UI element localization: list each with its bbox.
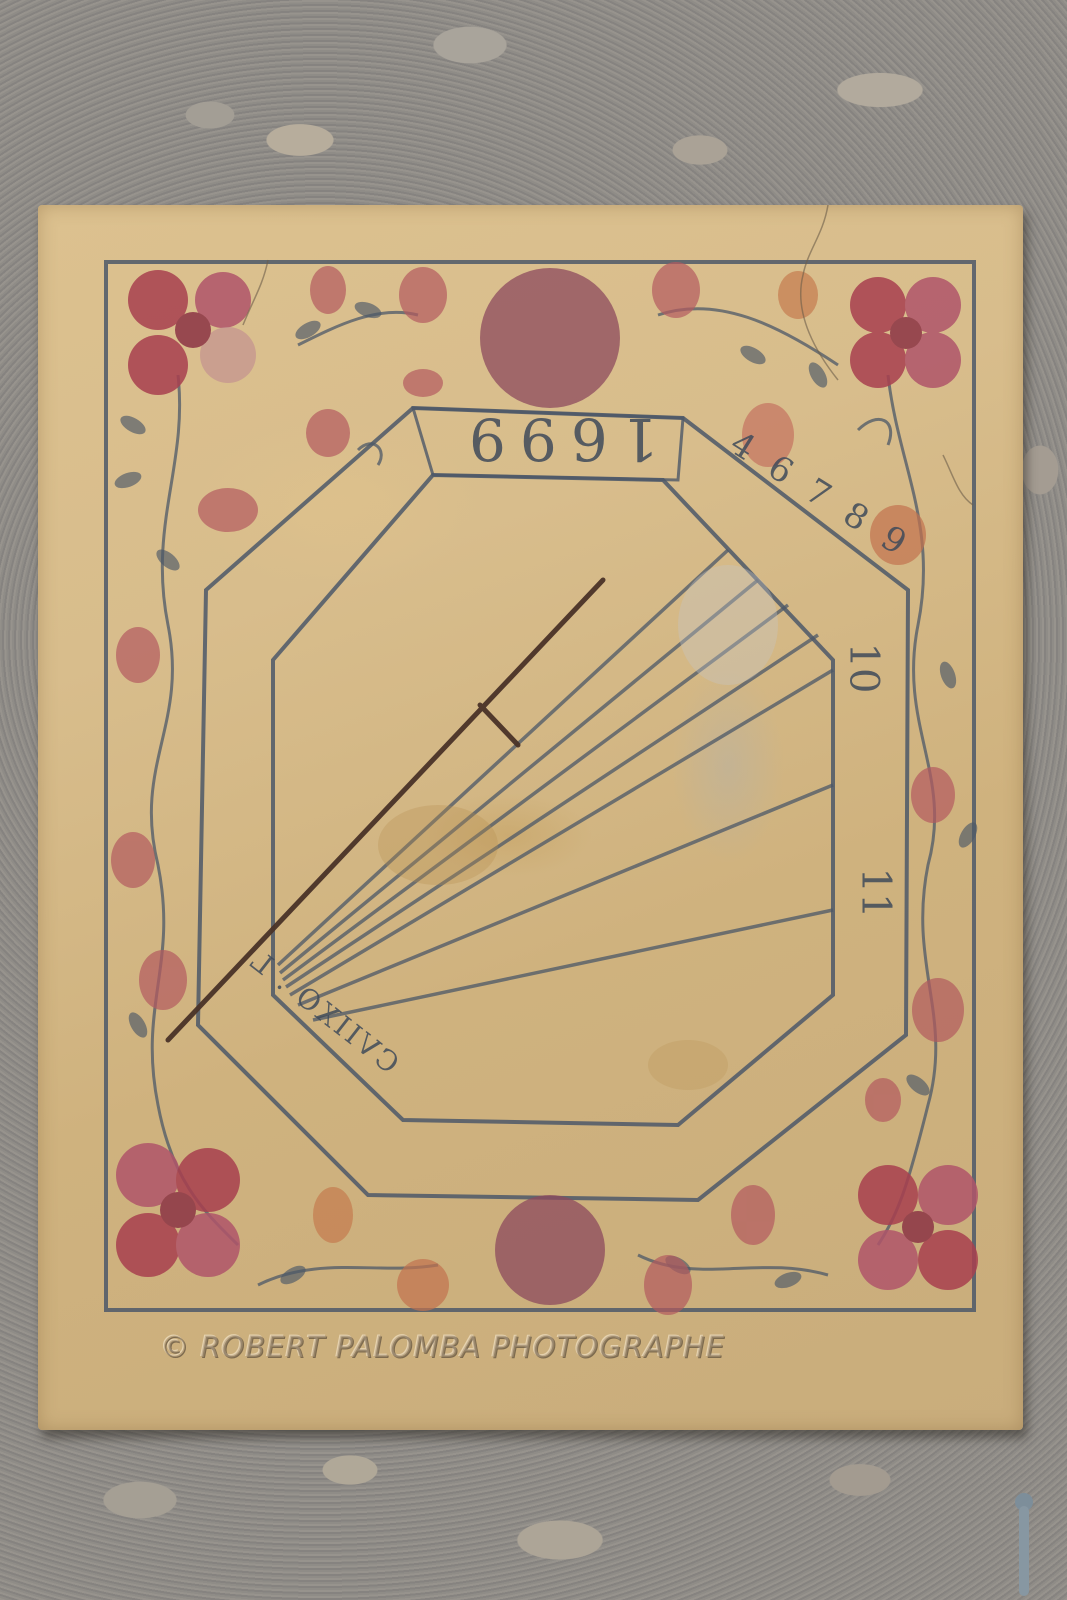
wall-hook-icon bbox=[1010, 1490, 1038, 1600]
hour-numeral-10: 10 bbox=[840, 643, 886, 694]
medallion-top bbox=[480, 268, 620, 408]
stain bbox=[378, 805, 498, 885]
sundial-panel: 1699 4 6 7 8 9 10 11 CVIIXO . L bbox=[38, 205, 1023, 1430]
copyright-watermark: © ROBERT PALOMBA PHOTOGRAPHE bbox=[160, 1330, 920, 1364]
flower-bottom-left bbox=[116, 1143, 240, 1277]
hour-numeral-11: 11 bbox=[852, 868, 898, 919]
year-numerals: 1699 bbox=[455, 405, 659, 473]
flower-top-left bbox=[128, 270, 256, 395]
flower-bottom-right bbox=[858, 1165, 978, 1290]
stain bbox=[648, 1040, 728, 1090]
outer-octagon bbox=[198, 408, 908, 1200]
plaster-patch bbox=[678, 565, 778, 685]
medallion-bottom bbox=[495, 1195, 605, 1305]
flower-top-right bbox=[850, 277, 961, 388]
photo-scene: 1699 4 6 7 8 9 10 11 CVIIXO . L © ROBERT… bbox=[0, 0, 1067, 1600]
sundial-painting bbox=[38, 205, 1023, 1430]
